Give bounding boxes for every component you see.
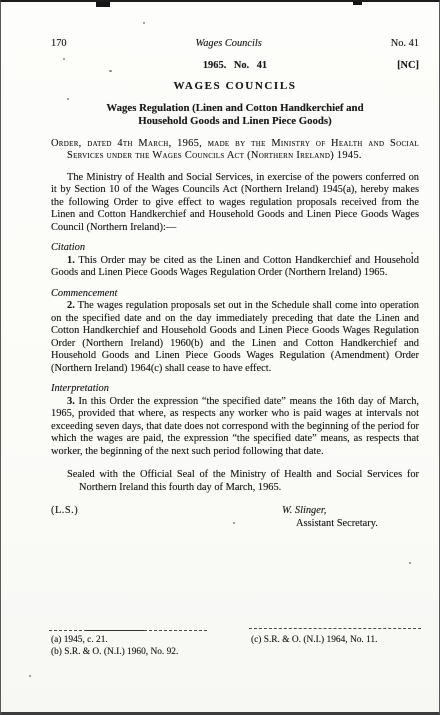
document-title-line2: Household Goods and Linen Piece Goods): [51, 115, 419, 128]
section-text: In this Order the expression “the specif…: [51, 396, 419, 457]
section-heading-commencement: Commencement: [51, 288, 419, 301]
scan-speck: [143, 22, 145, 24]
footnotes-left-column: (a) 1945, c. 21. (b) S.R. & O. (N.I.) 19…: [51, 635, 251, 658]
signatory: W. Slinger, Assistant Secretary.: [282, 505, 394, 530]
scan-mark-top-right: [353, 2, 362, 5]
series-heading: WAGES COUNCILS: [51, 80, 419, 93]
section-paragraph-citation: 1. This Order may be cited as the Linen …: [51, 255, 419, 280]
footnote-a: (a) 1945, c. 21.: [51, 635, 251, 647]
scanned-document-page: 170 Wages Councils No. 41 1965. No. 41 […: [0, 0, 440, 715]
section-number: 1.: [67, 255, 75, 266]
classification-tag: [NC]: [397, 60, 419, 73]
footnote-rule-right: [249, 628, 421, 629]
footnote-rule-left-solid: [86, 630, 144, 631]
document-title-line1: Wages Regulation (Linen and Cotton Handk…: [51, 102, 419, 115]
scan-speck: [29, 675, 31, 677]
document-title: Wages Regulation (Linen and Cotton Handk…: [51, 102, 419, 128]
running-header: 170 Wages Councils No. 41: [51, 38, 419, 51]
document-content: 170 Wages Councils No. 41 1965. No. 41 […: [1, 38, 439, 530]
signatory-name: W. Slinger,: [282, 505, 394, 518]
section-number: 2.: [67, 300, 75, 311]
footnotes-right-column: (c) S.R. & O. (N.I.) 1964, No. 11.: [251, 635, 419, 658]
page-number: 170: [51, 38, 67, 51]
section-number: 3.: [67, 396, 75, 407]
running-number: No. 41: [391, 38, 419, 51]
section-text: The wages regulation proposals set out i…: [51, 300, 419, 374]
sealing-clause: Sealed with the Official Seal of the Min…: [51, 469, 419, 494]
order-recital: Order, dated 4th March, 1965, made by th…: [51, 138, 419, 163]
section-paragraph-commencement: 2. The wages regulation proposals set ou…: [51, 300, 419, 375]
section-text: This Order may be cited as the Linen and…: [51, 255, 419, 279]
footnotes: (a) 1945, c. 21. (b) S.R. & O. (N.I.) 19…: [51, 635, 419, 658]
section-paragraph-interpretation: 3. In this Order the expression “the spe…: [51, 396, 419, 459]
scan-speck: [409, 562, 411, 564]
section-heading-citation: Citation: [51, 242, 419, 255]
scan-mark-top-left: [96, 2, 110, 7]
signatory-title: Assistant Secretary.: [282, 518, 394, 531]
issue-line: 1965. No. 41: [203, 60, 267, 71]
section-heading-interpretation: Interpretation: [51, 383, 419, 396]
issue-header: 1965. No. 41 [NC]: [51, 60, 419, 73]
footnote-c: (c) S.R. & O. (N.I.) 1964, No. 11.: [251, 635, 419, 647]
footnote-b: (b) S.R. & O. (N.I.) 1960, No. 92.: [51, 647, 251, 659]
running-title: Wages Councils: [196, 38, 262, 51]
signature-block: (L.S.) W. Slinger, Assistant Secretary.: [51, 505, 419, 530]
preamble-paragraph: The Ministry of Health and Social Servic…: [51, 172, 419, 235]
seal-mark: (L.S.): [51, 505, 78, 518]
